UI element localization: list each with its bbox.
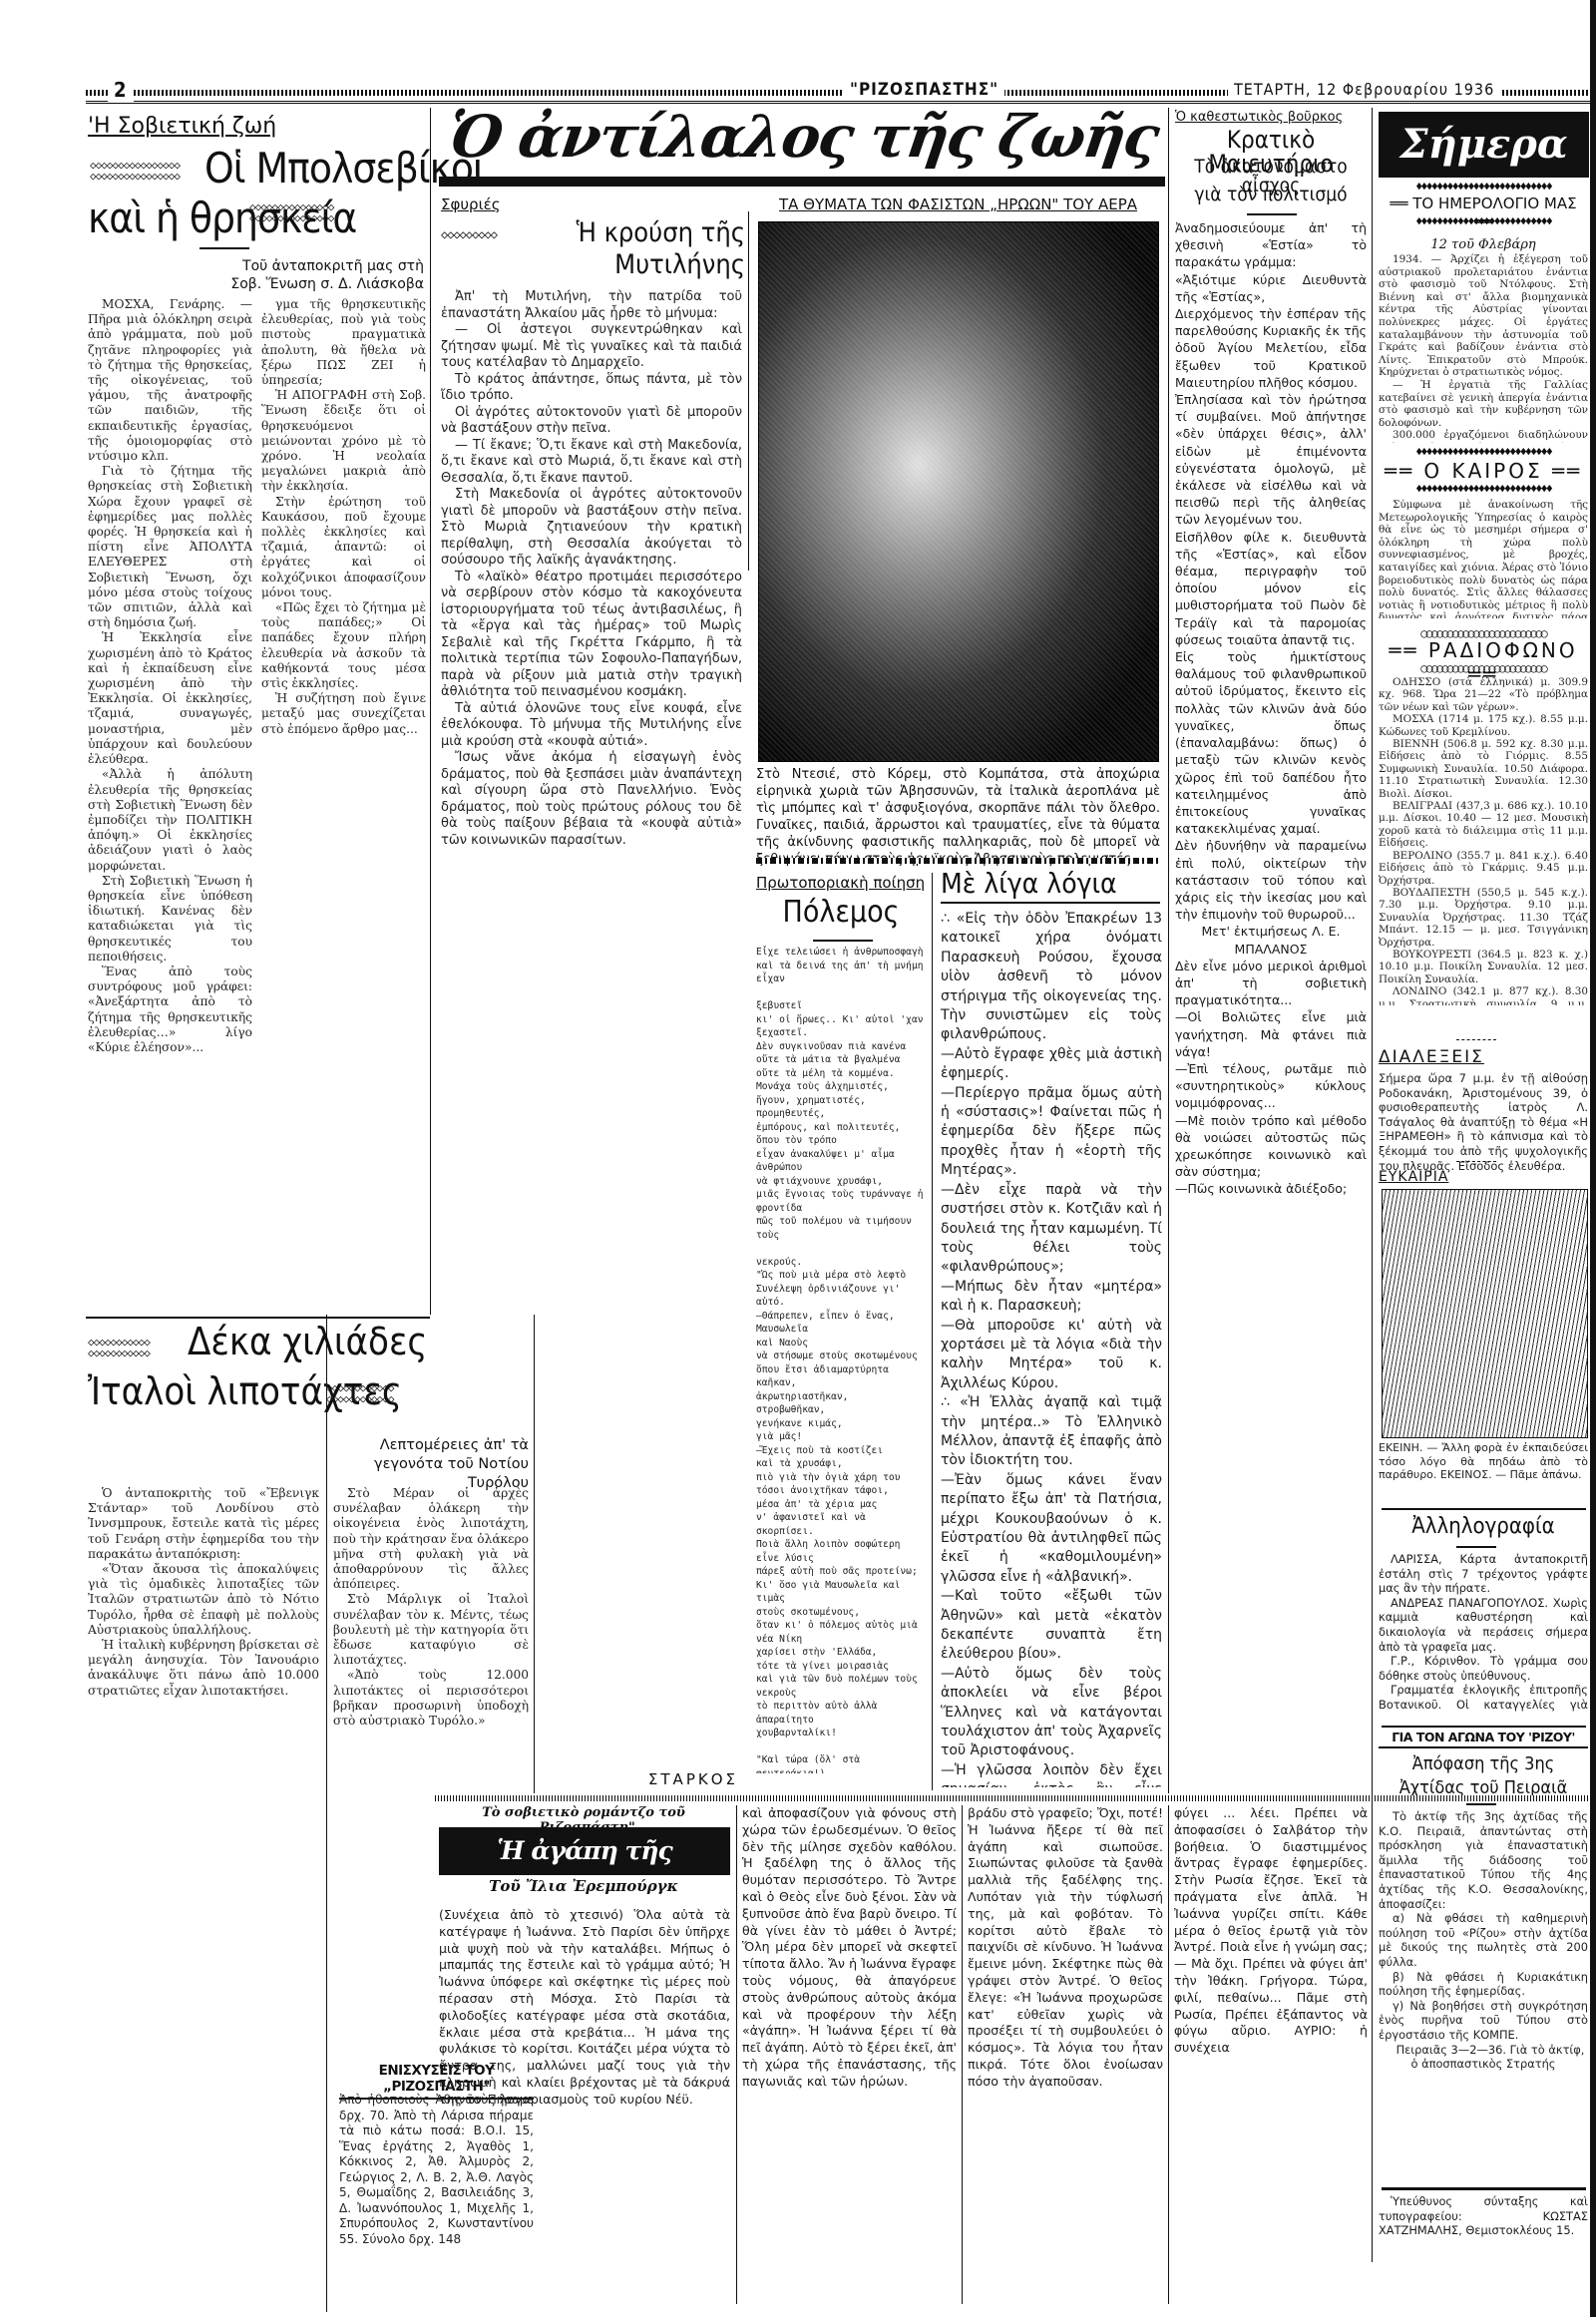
lectures-divider (1456, 1039, 1496, 1040)
brief-divider (941, 902, 1160, 904)
page-edge (1590, 0, 1596, 2317)
ornament-chain-6: ○○○○○○○○○○○○○○○○○○○○○○○○ (1379, 661, 1588, 675)
ornament-band (756, 858, 1160, 864)
ornament-chain-2: ♦♦♦♦♦♦♦♦♦♦♦♦♦♦♦♦♦♦♦♦♦♦♦♦♦♦ (1379, 214, 1588, 228)
col-rule-1b (326, 1315, 327, 2312)
col-rule-poem (932, 873, 933, 1790)
krousi-title: Ἡ κρούση τῆς Μυτιλήνης (441, 217, 745, 281)
ornament-chain: ♦♦♦♦♦♦♦♦♦♦♦♦♦♦♦♦♦♦♦♦♦♦♦♦♦♦ (1379, 180, 1588, 193)
serial-body-col4: φύγει ... λέει. Πρέπει νὰ ἀποφασίσει ὁ Σ… (1174, 1805, 1368, 2304)
serial-top-rule (435, 1795, 1596, 1801)
col-rule-1 (430, 108, 431, 1315)
cartoon-divider (1456, 1161, 1496, 1162)
mail-rule (1382, 1508, 1586, 1510)
poem-title: Πόλεμος (756, 898, 926, 928)
serial-body-col1: (Συνέχεια ἀπὸ τὸ χτεσινό) Ὅλα αὐτὰ τὰ κα… (439, 1907, 730, 2306)
weather-title: ══ Ο ΚΑΙΡΟΣ ══ (1379, 459, 1588, 483)
mail-divider (1456, 1546, 1496, 1548)
campaign-body: Τὸ ἀκτίφ τῆς 3ης ἀχτίδας τῆς Κ.Ο. Πειραι… (1379, 1809, 1588, 2178)
lectures-body: Σήμερα ὥρα 7 μ.μ. ἐν τῇ αἰθούσῃ Ροδοκανά… (1379, 1071, 1588, 1173)
ornament-diamonds-2: ◇◇◇◇◇◇◇◇◇◇◇◇◇◇◇ ◇◇◇◇◇◇◇◇◇◇◇◇◇◇◇ (249, 201, 333, 223)
campaign-rule (1382, 1726, 1586, 1728)
brief-body: ∴ «Εἰς τὴν ὁδὸν Ἐπακρέων 13 κατοικεῖ χήρ… (941, 910, 1162, 1787)
poem-divider (813, 940, 873, 942)
col-rule-photo (748, 211, 749, 571)
col-rule-6 (1372, 108, 1373, 2262)
campaign-title-1: Ἀπόφαση τῆς 3ης (1379, 1755, 1588, 1773)
section-kicker: Ὁ καθεστωτικὸς βοῦρκος (1175, 110, 1343, 125)
article-body-right: γμα τῆς θρησκευτικῆς ἐλευθερίας, ποὺ γιὰ… (261, 297, 426, 1305)
serial-body-col2: καὶ ἀποφασίζουν γιὰ φόνους στὴ χώρα τῶν … (742, 1805, 957, 2304)
krousi-signature: ΣΤΑΡΚΟΣ (559, 1770, 738, 1788)
imprint: Ὑπεύθυνος σύνταξης καὶ τυπογραφείου: ΚΩΣ… (1379, 2194, 1588, 2238)
article-body-left: ΜΟΣΧΑ, Γενάρης. — Πῆρα μιὰ ὁλόκληρη σειρ… (88, 297, 252, 1185)
cartoon-title: ΕΥΚΑΙΡΙΑ (1379, 1169, 1448, 1185)
page-number: 2 (108, 78, 134, 102)
mail-title: Ἀλληλογραφία (1379, 1516, 1588, 1538)
calendar-body: 1934. — Ἀρχίζει ἡ ἐξέγερση τοῦ αὐστριακο… (1379, 253, 1588, 443)
section-kicker: 'Η Σοβιετική ζωή (88, 114, 276, 139)
headline: Δέκα χιλιάδες (188, 1323, 428, 1360)
paper-name: "ΡΙΖΟΣΠΑΣΤΗΣ" (844, 80, 1004, 100)
lectures-title: ΔΙΑΛΕΞΕΙΣ (1379, 1047, 1484, 1067)
issue-date: ΤΕΤΑΡΤΗ, 12 Φεβρουαρίου 1936 (1228, 80, 1500, 99)
serial-col-rule-1 (736, 1805, 737, 2304)
serial-body-col3: βράδυ στὸ γραφεῖο; Ὄχι, ποτέ! Ἡ Ἰωάννα ἤ… (968, 1805, 1163, 2304)
campaign-divider (1466, 1803, 1496, 1805)
mail-items: ΛΑΡΙΣΣΑ, Κάρτα ἀνταποκριτῆ ἐστάλη στὶς 7… (1379, 1552, 1588, 1712)
ornament-diamonds-3: ◇◇◇◇◇◇◇◇◇◇◇ ◇◇◇◇◇◇◇◇◇◇◇ (88, 1337, 150, 1358)
poem-kicker: Πρωτοποριακὴ ποίηση (756, 874, 925, 892)
brief-title: Μὲ λίγα λόγια (941, 870, 1117, 898)
col-rule-5 (1168, 108, 1169, 1793)
headline-divider (199, 247, 249, 249)
sub-kicker: Σφυριές (441, 195, 501, 213)
photo-heading: ΤΑ ΘΥΜΑΤΑ ΤΩΝ ΦΑΣΙΣΤΩΝ „ΗΡΩΩΝ" ΤΟΥ ΑΕΡΑ (756, 195, 1160, 213)
serial-col-rule-2 (962, 1805, 963, 2304)
byline: Τοῦ ἀνταποκριτῆ μας στὴ Σοβ. Ἕνωση σ. Δ.… (209, 257, 424, 293)
ornament-chain-3: ♦♦♦♦♦♦♦♦♦♦♦♦♦♦♦♦♦♦♦♦♦♦♦♦♦♦ (1379, 445, 1588, 459)
cartoon-caption: ΕΚΕΙΝΗ. — Ἄλλη φορὰ ἐν ἐκπαιδεύσει τόσο … (1379, 1441, 1588, 1482)
masthead: 2 "ΡΙΖΟΣΠΑΣΤΗΣ" ΤΕΤΑΡΤΗ, 12 Φεβρουαρίου … (86, 80, 1596, 104)
poem-text: Εἶχε τελειώσει ἡ ἀνθρωποσφαγὴ καὶ τὰ δει… (756, 946, 928, 1773)
serial-title: Ἡ ἀγάπη τῆς Ἰωάννας Νέϋ (439, 1827, 730, 1875)
war-victims-photo (758, 221, 1159, 762)
article-body-left: Ὁ ἀνταποκριτὴς τοῦ «Ἔβενιγκ Στάνταρ» τοῦ… (88, 1486, 319, 2035)
serial-author: Τοῦ Ἴλια Ἐρεμπούργκ (439, 1877, 728, 1895)
weather-body: Σύμφωνα μὲ ἀνακοίνωση τῆς Μετεωρολογικῆς… (1379, 499, 1588, 618)
today-box-title: Σήμερα (1379, 112, 1589, 178)
cartoon-illustration (1382, 1189, 1588, 1438)
banner-bar (439, 177, 1165, 187)
ornament-chain-4: ♦♦♦♦♦♦♦♦♦♦♦♦♦♦♦♦♦♦♦♦♦♦♦♦♦♦ (1379, 482, 1588, 496)
article-body: Ἀναδημοσιεύουμε ἀπ' τὴ χθεσινὴ «Ἑστία» τ… (1175, 219, 1367, 1785)
headline-line3: γιὰ τὸν πολιτισμό (1173, 186, 1369, 204)
krousi-body-left: Ἀπ' τὴ Μυτιλήνη, τὴν πατρίδα τοῦ ἐπαναστ… (441, 289, 742, 1785)
radio-listings: ΟΔΗΣΣΟ (στὰ ἑλληνικά) μ. 309.9 κχ. 968. … (1379, 676, 1588, 1005)
ornament-diamonds-4: ◇◇◇◇◇◇◇◇◇◇◇◇ ◇◇◇◇◇◇◇◇◇◇◇◇ (326, 1382, 393, 1404)
calendar-date: 12 τοῦ Φλεβάρη (1379, 237, 1588, 252)
banner-title: Ὁ ἀντίλαλος τῆς ζωῆς (434, 108, 1170, 178)
section-divider-1 (86, 1317, 430, 1319)
imprint-rule (1382, 2187, 1586, 2190)
serial-col-rule-3 (1168, 1805, 1169, 2304)
headline-divider (1247, 213, 1297, 215)
photo-caption: Στὸ Ντεσιέ, στὸ Κόρεμ, στὸ Κομπάτσα, στὰ… (756, 766, 1160, 868)
ornament-diamonds: ◇◇◇◇◇◇◇◇◇◇◇◇◇◇◇◇ ◇◇◇◇◇◇◇◇◇◇◇◇◇◇◇◇ (90, 160, 180, 182)
campaign-kicker: ΓΙΑ ΤΟΝ ΑΓΩΝΑ ΤΟΥ 'ΡΙΖΟΥ' (1379, 1730, 1588, 1748)
